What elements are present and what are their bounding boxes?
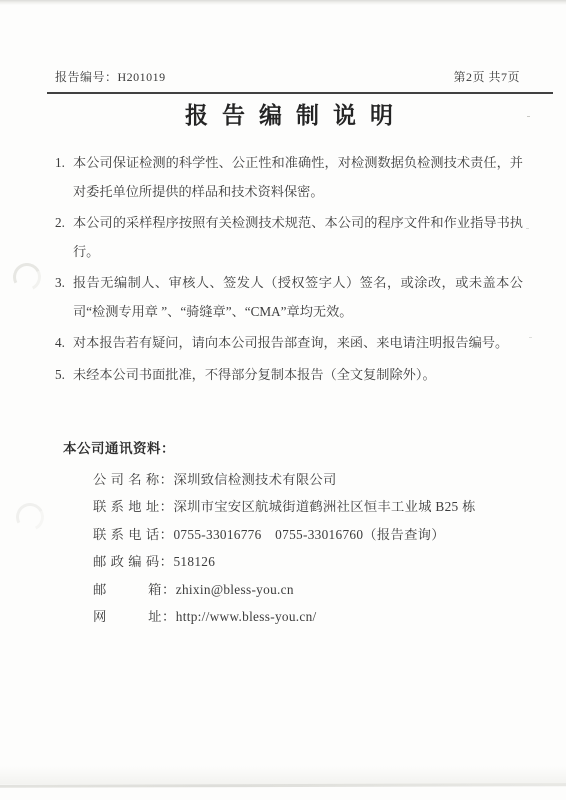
contact-label: 邮 政 编 码： [93, 548, 173, 575]
contact-value: 518126 [173, 554, 215, 569]
contact-label: 公 司 名 称： [93, 466, 173, 493]
scan-speck [529, 337, 532, 338]
note-number: 3. [55, 269, 73, 326]
page-header: 报告编号：H201019 第2页 共7页 [55, 70, 520, 84]
note-number: 4. [55, 329, 73, 358]
contact-value: zhixin@bless-you.cn [176, 582, 294, 597]
contact-section-heading: 本公司通讯资料： [63, 436, 175, 462]
note-text: 本公司保证检测的科学性、公正性和准确性，对检测数据负检测技术责任，并对委托单位所… [73, 149, 523, 206]
scan-bottom-edge-shadow [0, 783, 566, 788]
report-number: 报告编号：H201019 [55, 70, 166, 84]
note-item: 4. 对本报告若有疑问，请向本公司报告部查询，来函、来电请注明报告编号。 [55, 329, 523, 358]
page-title: 报告编制说明 [0, 101, 566, 131]
contact-value: 深圳致信检测技术有限公司 [173, 472, 336, 487]
note-item: 1. 本公司保证检测的科学性、公正性和准确性，对检测数据负检测技术责任，并对委托… [55, 149, 523, 206]
contact-label: 联 系 地 址： [93, 493, 173, 520]
note-number: 1. [55, 149, 73, 206]
contact-label: 邮 箱： [93, 576, 176, 603]
contact-value: http://www.bless-you.cn/ [176, 609, 317, 624]
contact-row-company-name: 公 司 名 称：深圳致信检测技术有限公司 [93, 466, 536, 493]
contact-info-list: 公 司 名 称：深圳致信检测技术有限公司 联 系 地 址：深圳市宝安区航城街道鹤… [93, 466, 536, 630]
note-text: 报告无编制人、审核人、签发人（授权签字人）签名，或涂改，或未盖本公司“检测专用章… [73, 269, 523, 326]
contact-row-postcode: 邮 政 编 码：518126 [93, 548, 536, 575]
report-number-value: H201019 [118, 70, 166, 84]
contact-value: 深圳市宝安区航城街道鹤洲社区恒丰工业城 B25 栋 [173, 499, 475, 514]
contact-row-email: 邮 箱：zhixin@bless-you.cn [93, 576, 536, 603]
scan-top-edge-shadow [0, 0, 566, 5]
contact-label: 联 系 电 话： [93, 521, 173, 548]
note-text: 对本报告若有疑问，请向本公司报告部查询，来函、来电请注明报告编号。 [73, 329, 523, 358]
scan-bottom-haze [0, 766, 566, 784]
binder-hole-artifact [9, 259, 44, 294]
page-indicator: 第2页 共7页 [453, 70, 520, 84]
scan-speck [526, 228, 529, 229]
binder-hole-artifact [12, 499, 47, 534]
contact-label: 网 址： [93, 603, 176, 630]
contact-row-phone: 联 系 电 话：0755-33016776 0755-33016760（报告查询… [93, 521, 536, 548]
note-item: 2. 本公司的采样程序按照有关检测技术规范、本公司的程序文件和作业指导书执行。 [55, 209, 523, 266]
contact-value: 0755-33016776 0755-33016760（报告查询） [173, 527, 444, 542]
note-item: 5. 未经本公司书面批准，不得部分复制本报告（全文复制除外）。 [55, 361, 523, 390]
note-text: 本公司的采样程序按照有关检测技术规范、本公司的程序文件和作业指导书执行。 [73, 209, 523, 266]
contact-row-address: 联 系 地 址：深圳市宝安区航城街道鹤洲社区恒丰工业城 B25 栋 [93, 493, 536, 520]
notes-list: 1. 本公司保证检测的科学性、公正性和准确性，对检测数据负检测技术责任，并对委托… [55, 149, 523, 392]
report-number-label: 报告编号： [55, 70, 118, 84]
scan-speck [527, 116, 530, 117]
note-text: 未经本公司书面批准，不得部分复制本报告（全文复制除外）。 [73, 361, 523, 390]
note-item: 3. 报告无编制人、审核人、签发人（授权签字人）签名，或涂改，或未盖本公司“检测… [55, 269, 523, 326]
scanned-report-page: 报告编号：H201019 第2页 共7页 报告编制说明 1. 本公司保证检测的科… [0, 0, 566, 800]
header-divider-line [47, 92, 553, 94]
note-number: 2. [55, 209, 73, 266]
contact-row-website: 网 址：http://www.bless-you.cn/ [93, 603, 536, 630]
note-number: 5. [55, 361, 73, 390]
